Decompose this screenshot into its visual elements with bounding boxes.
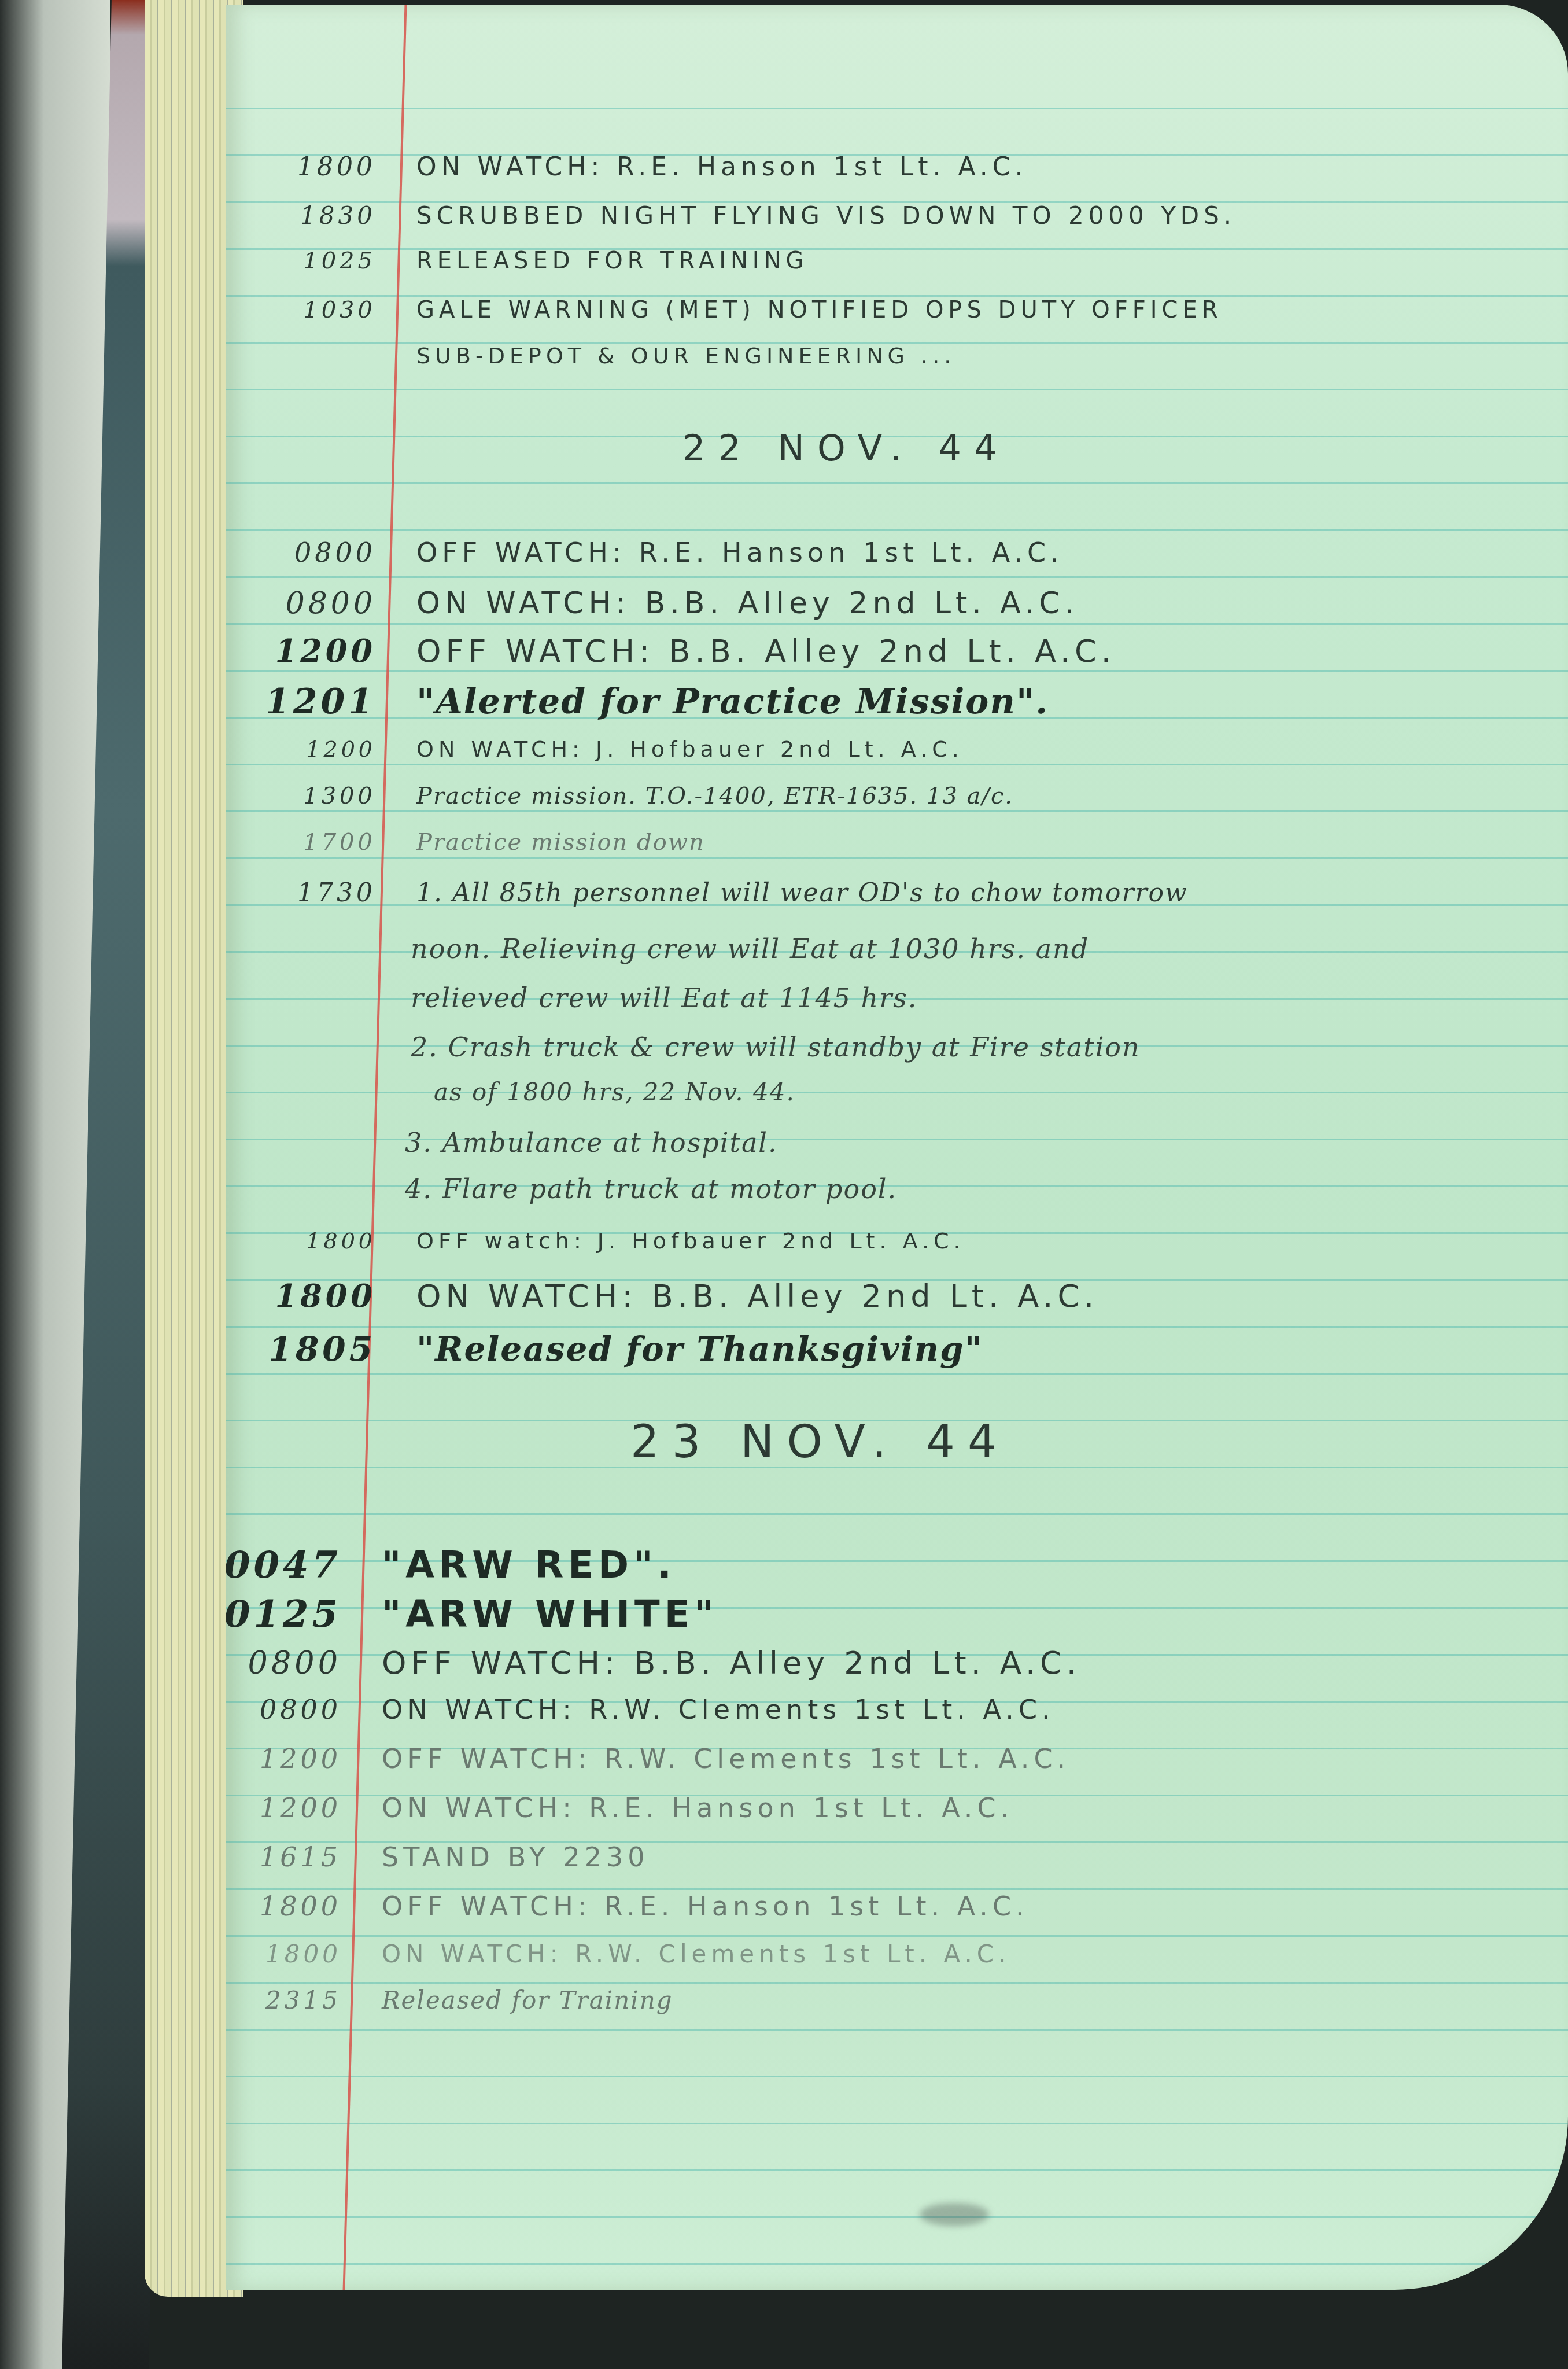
- entry-time: 1615: [226, 1841, 382, 1873]
- log-entry: 1800 OFF WATCH: R.E. Hanson 1st Lt. A.C.: [226, 1891, 1029, 1922]
- log-entry: 0800 ON WATCH: B.B. Alley 2nd Lt. A.C.: [226, 586, 1079, 621]
- note-line: 3. Ambulance at hospital.: [405, 1127, 778, 1158]
- log-entry: 0047 "ARW RED".: [226, 1543, 676, 1587]
- entry-text: OFF WATCH: R.E. Hanson 1st Lt. A.C.: [382, 1891, 1029, 1922]
- entry-time: 0800: [226, 586, 416, 621]
- note-line: noon. Relieving crew will Eat at 1030 hr…: [411, 933, 1089, 964]
- log-entry: 1200 OFF WATCH: B.B. Alley 2nd Lt. A.C.: [226, 632, 1116, 669]
- log-entry: 1200 ON WATCH: R.E. Hanson 1st Lt. A.C.: [226, 1792, 1013, 1823]
- entry-time: 0800: [226, 1694, 382, 1725]
- ink-smudge: [920, 2203, 989, 2226]
- entry-text: OFF WATCH: R.E. Hanson 1st Lt. A.C.: [416, 537, 1064, 568]
- date-heading-23-nov: 23 NOV. 44: [630, 1416, 1009, 1468]
- entry-text: Practice mission down: [416, 829, 705, 856]
- entry-text: 1. All 85th personnel will wear OD's to …: [416, 878, 1188, 908]
- log-entry: 1805 "Released for Thanksgiving": [226, 1329, 983, 1369]
- entry-text: ON WATCH: J. Hofbauer 2nd Lt. A.C.: [416, 736, 964, 762]
- log-entry: 1025 RELEASED FOR TRAINING: [226, 248, 809, 274]
- note-line: 2. Crash truck & crew will standby at Fi…: [411, 1031, 1141, 1063]
- log-entry: 1800 ON WATCH: R.E. Hanson 1st Lt. A.C.: [226, 152, 1028, 182]
- log-entry: 1201 "Alerted for Practice Mission".: [226, 681, 1049, 722]
- entry-text: Released for Training: [382, 1986, 673, 2014]
- entry-text: "Alerted for Practice Mission".: [416, 681, 1049, 722]
- entry-time: 0800: [226, 537, 416, 568]
- entry-time: 0125: [226, 1593, 382, 1636]
- log-entry: 1300 Practice mission. T.O.-1400, ETR-16…: [226, 783, 1013, 809]
- log-entry: 0800 OFF WATCH: B.B. Alley 2nd Lt. A.C.: [226, 1645, 1081, 1681]
- entry-time: 2315: [226, 1986, 382, 2014]
- log-entry: 1200 OFF WATCH: R.W. Clements 1st Lt. A.…: [226, 1743, 1070, 1774]
- entry-text: GALE WARNING (MET) NOTIFIED OPS DUTY OFF…: [416, 297, 1223, 323]
- entry-text: "Released for Thanksgiving": [416, 1329, 983, 1369]
- entry-time: 1030: [226, 297, 416, 323]
- entry-time: 1830: [226, 201, 416, 230]
- log-entry: 1830 SCRUBBED NIGHT FLYING VIS DOWN TO 2…: [226, 201, 1236, 230]
- entry-time: 1730: [226, 878, 416, 908]
- entry-time: 1025: [226, 248, 416, 274]
- log-entry: 1700 Practice mission down: [226, 829, 705, 856]
- entry-text: SUB-DEPOT & OUR ENGINEERING ...: [416, 343, 955, 369]
- entry-time: 1200: [226, 1792, 382, 1823]
- log-page: 1800 ON WATCH: R.E. Hanson 1st Lt. A.C. …: [226, 5, 1568, 2290]
- entry-text: "ARW RED".: [382, 1544, 676, 1587]
- entry-text: RELEASED FOR TRAINING: [416, 248, 809, 274]
- log-entry: 0800 OFF WATCH: R.E. Hanson 1st Lt. A.C.: [226, 537, 1064, 568]
- log-entry: 0125 "ARW WHITE": [226, 1593, 718, 1636]
- entry-text: Practice mission. T.O.-1400, ETR-1635. 1…: [416, 783, 1013, 809]
- entry-text: ON WATCH: R.W. Clements 1st Lt. A.C.: [382, 1940, 1011, 1968]
- log-entry: SUB-DEPOT & OUR ENGINEERING ...: [226, 343, 955, 369]
- log-entry: 1730 1. All 85th personnel will wear OD'…: [226, 878, 1188, 908]
- entry-text: ON WATCH: R.E. Hanson 1st Lt. A.C.: [382, 1792, 1013, 1823]
- entry-text: OFF WATCH: R.W. Clements 1st Lt. A.C.: [382, 1743, 1070, 1774]
- entry-time: 1201: [226, 681, 416, 722]
- log-entry: 1800 ON WATCH: R.W. Clements 1st Lt. A.C…: [226, 1940, 1011, 1968]
- entry-text: OFF WATCH: B.B. Alley 2nd Lt. A.C.: [416, 633, 1116, 669]
- entry-time: 0047: [226, 1543, 382, 1587]
- date-heading-22-nov: 22 NOV. 44: [682, 427, 1009, 469]
- entry-time: 1200: [226, 632, 416, 669]
- entry-time: 1805: [226, 1329, 416, 1369]
- entry-text: STAND BY 2230: [382, 1841, 649, 1873]
- entry-time: 1800: [226, 152, 416, 182]
- entry-time: 1800: [226, 1228, 416, 1254]
- entry-time: 1300: [226, 783, 416, 809]
- entry-time: 1800: [226, 1940, 382, 1968]
- entry-time: 1200: [226, 1743, 382, 1774]
- log-entry: 2315 Released for Training: [226, 1986, 673, 2014]
- log-entry: 1800 OFF watch: J. Hofbauer 2nd Lt. A.C.: [226, 1228, 965, 1254]
- entry-text: "ARW WHITE": [382, 1593, 718, 1636]
- entry-text: ON WATCH: B.B. Alley 2nd Lt. A.C.: [416, 1278, 1098, 1314]
- entry-text: OFF watch: J. Hofbauer 2nd Lt. A.C.: [416, 1228, 965, 1254]
- entry-time: 1200: [226, 736, 416, 762]
- log-entry: 1615 STAND BY 2230: [226, 1841, 649, 1873]
- entry-time: 1800: [226, 1277, 416, 1314]
- entry-text: ON WATCH: R.W. Clements 1st Lt. A.C.: [382, 1694, 1055, 1725]
- entry-text: OFF WATCH: B.B. Alley 2nd Lt. A.C.: [382, 1645, 1081, 1681]
- entry-time: 0800: [226, 1645, 382, 1681]
- log-entries: 1800 ON WATCH: R.E. Hanson 1st Lt. A.C. …: [226, 5, 1568, 2290]
- note-line: 4. Flare path truck at motor pool.: [405, 1173, 897, 1204]
- entry-text: ON WATCH: B.B. Alley 2nd Lt. A.C.: [416, 586, 1079, 621]
- log-entry: 1030 GALE WARNING (MET) NOTIFIED OPS DUT…: [226, 297, 1223, 323]
- note-line: as of 1800 hrs, 22 Nov. 44.: [434, 1078, 795, 1106]
- log-entry: 1200 ON WATCH: J. Hofbauer 2nd Lt. A.C.: [226, 736, 964, 762]
- note-line: relieved crew will Eat at 1145 hrs.: [411, 982, 917, 1014]
- log-entry: 1800 ON WATCH: B.B. Alley 2nd Lt. A.C.: [226, 1277, 1098, 1314]
- entry-text: ON WATCH: R.E. Hanson 1st Lt. A.C.: [416, 152, 1028, 182]
- log-entry: 0800 ON WATCH: R.W. Clements 1st Lt. A.C…: [226, 1694, 1055, 1725]
- entry-text: SCRUBBED NIGHT FLYING VIS DOWN TO 2000 Y…: [416, 201, 1236, 230]
- entry-time: 1700: [226, 829, 416, 856]
- entry-time: 1800: [226, 1891, 382, 1922]
